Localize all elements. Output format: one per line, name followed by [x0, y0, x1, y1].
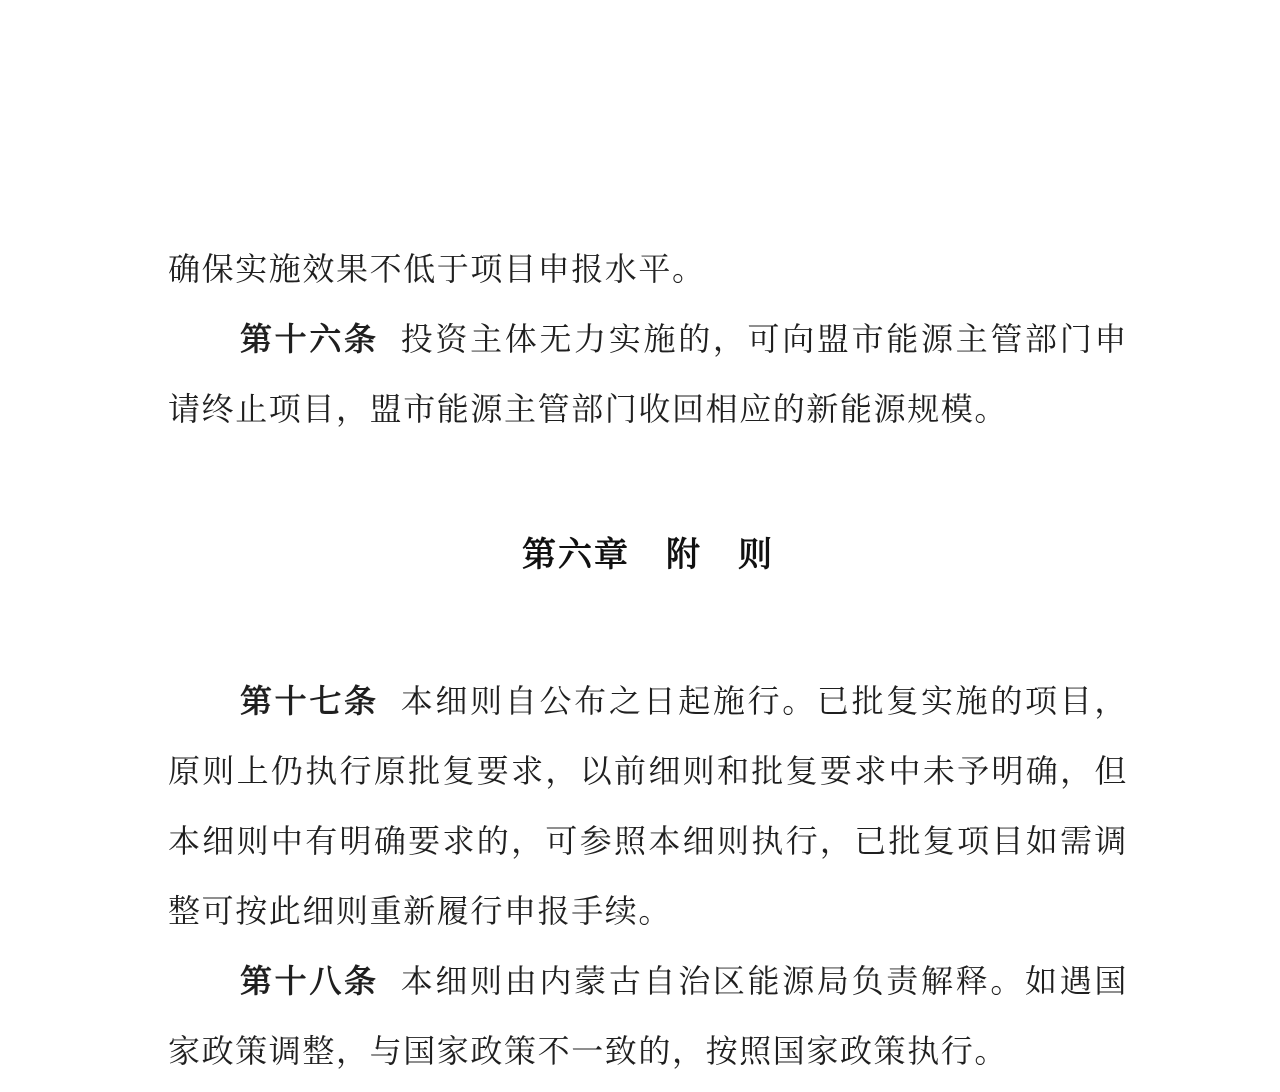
paragraph-text: 本细则自公布之日起施行。已批复实施的项目，原则上仍执行原批复要求，以前细则和批复…: [168, 683, 1128, 929]
paragraph-article-16: 第十六条投资主体无力实施的，可向盟市能源主管部门申请终止项目，盟市能源主管部门收…: [168, 304, 1128, 444]
paragraph-text: 确保实施效果不低于项目申报水平。: [168, 251, 706, 287]
paragraph-article-17: 第十七条本细则自公布之日起施行。已批复实施的项目，原则上仍执行原批复要求，以前细…: [168, 666, 1128, 946]
article-number: 第十八条: [240, 963, 379, 999]
document-content: 确保实施效果不低于项目申报水平。 第十六条投资主体无力实施的，可向盟市能源主管部…: [168, 234, 1128, 1086]
paragraph-article-18: 第十八条本细则由内蒙古自治区能源局负责解释。如遇国家政策调整，与国家政策不一致的…: [168, 946, 1128, 1086]
article-number: 第十六条: [240, 321, 379, 357]
document-page: 确保实施效果不低于项目申报水平。 第十六条投资主体无力实施的，可向盟市能源主管部…: [0, 0, 1280, 1092]
article-number: 第十七条: [240, 683, 379, 719]
paragraph-continuation: 确保实施效果不低于项目申报水平。: [168, 234, 1128, 304]
chapter-heading: 第六章 附 则: [168, 520, 1128, 590]
